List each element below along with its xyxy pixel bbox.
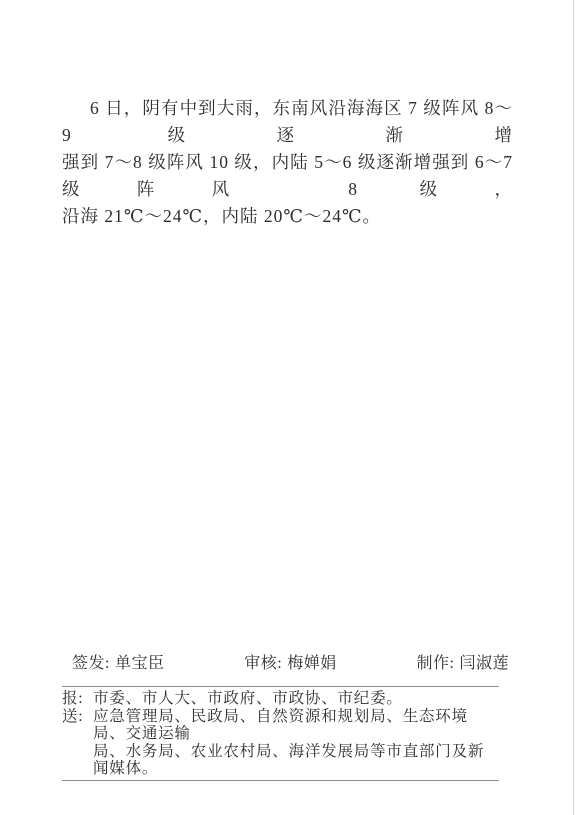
- issuer-label: 签发:: [72, 655, 110, 672]
- report-to-label: 报:: [62, 690, 93, 708]
- forecast-paragraph: 6 日，阴有中到大雨，东南风沿海海区 7 级阵风 8～9 级逐渐增 强到 7～8…: [62, 95, 513, 230]
- send-to-label: 送:: [62, 708, 93, 778]
- report-to-row: 报: 市委、市人大、市政府、市政协、市纪委。: [62, 690, 499, 708]
- send-to-row: 送: 应急管理局、民政局、自然资源和规划局、生态环境局、交通运输 局、水务局、农…: [62, 708, 499, 778]
- issuer-name: 单宝臣: [115, 655, 165, 672]
- producer-name: 闫淑莲: [459, 655, 509, 672]
- reviewer-label: 审核:: [244, 655, 282, 672]
- reviewer-signature: 审核:梅婵娟: [244, 653, 336, 675]
- signature-row: 签发:单宝臣 审核:梅婵娟 制作:闫淑莲: [62, 653, 511, 675]
- reviewer-name: 梅婵娟: [287, 655, 337, 672]
- forecast-line-1: 6 日，阴有中到大雨，东南风沿海海区 7 级阵风 8～9 级逐渐增: [62, 95, 513, 149]
- forecast-line-3: 沿海 21℃～24℃，内陆 20℃～24℃。: [62, 203, 513, 230]
- issuer-signature: 签发:单宝臣: [72, 653, 164, 675]
- producer-signature: 制作:闫淑莲: [417, 653, 509, 675]
- producer-label: 制作:: [417, 655, 455, 672]
- distribution-block: 报: 市委、市人大、市政府、市政协、市纪委。 送: 应急管理局、民政局、自然资源…: [62, 686, 499, 781]
- forecast-line-2: 强到 7～8 级阵风 10 级，内陆 5～6 级逐渐增强到 6～7 级阵风 8 …: [62, 149, 513, 203]
- send-to-line-1: 应急管理局、民政局、自然资源和规划局、生态环境局、交通运输: [93, 708, 468, 743]
- send-to-text: 应急管理局、民政局、自然资源和规划局、生态环境局、交通运输 局、水务局、农业农村…: [93, 708, 499, 778]
- page-edge-line: [573, 0, 574, 815]
- document-page: 6 日，阴有中到大雨，东南风沿海海区 7 级阵风 8～9 级逐渐增 强到 7～8…: [0, 0, 576, 815]
- send-to-line-2: 局、水务局、农业农村局、海洋发展局等市直部门及新闻媒体。: [93, 743, 484, 778]
- report-to-text: 市委、市人大、市政府、市政协、市纪委。: [93, 690, 499, 708]
